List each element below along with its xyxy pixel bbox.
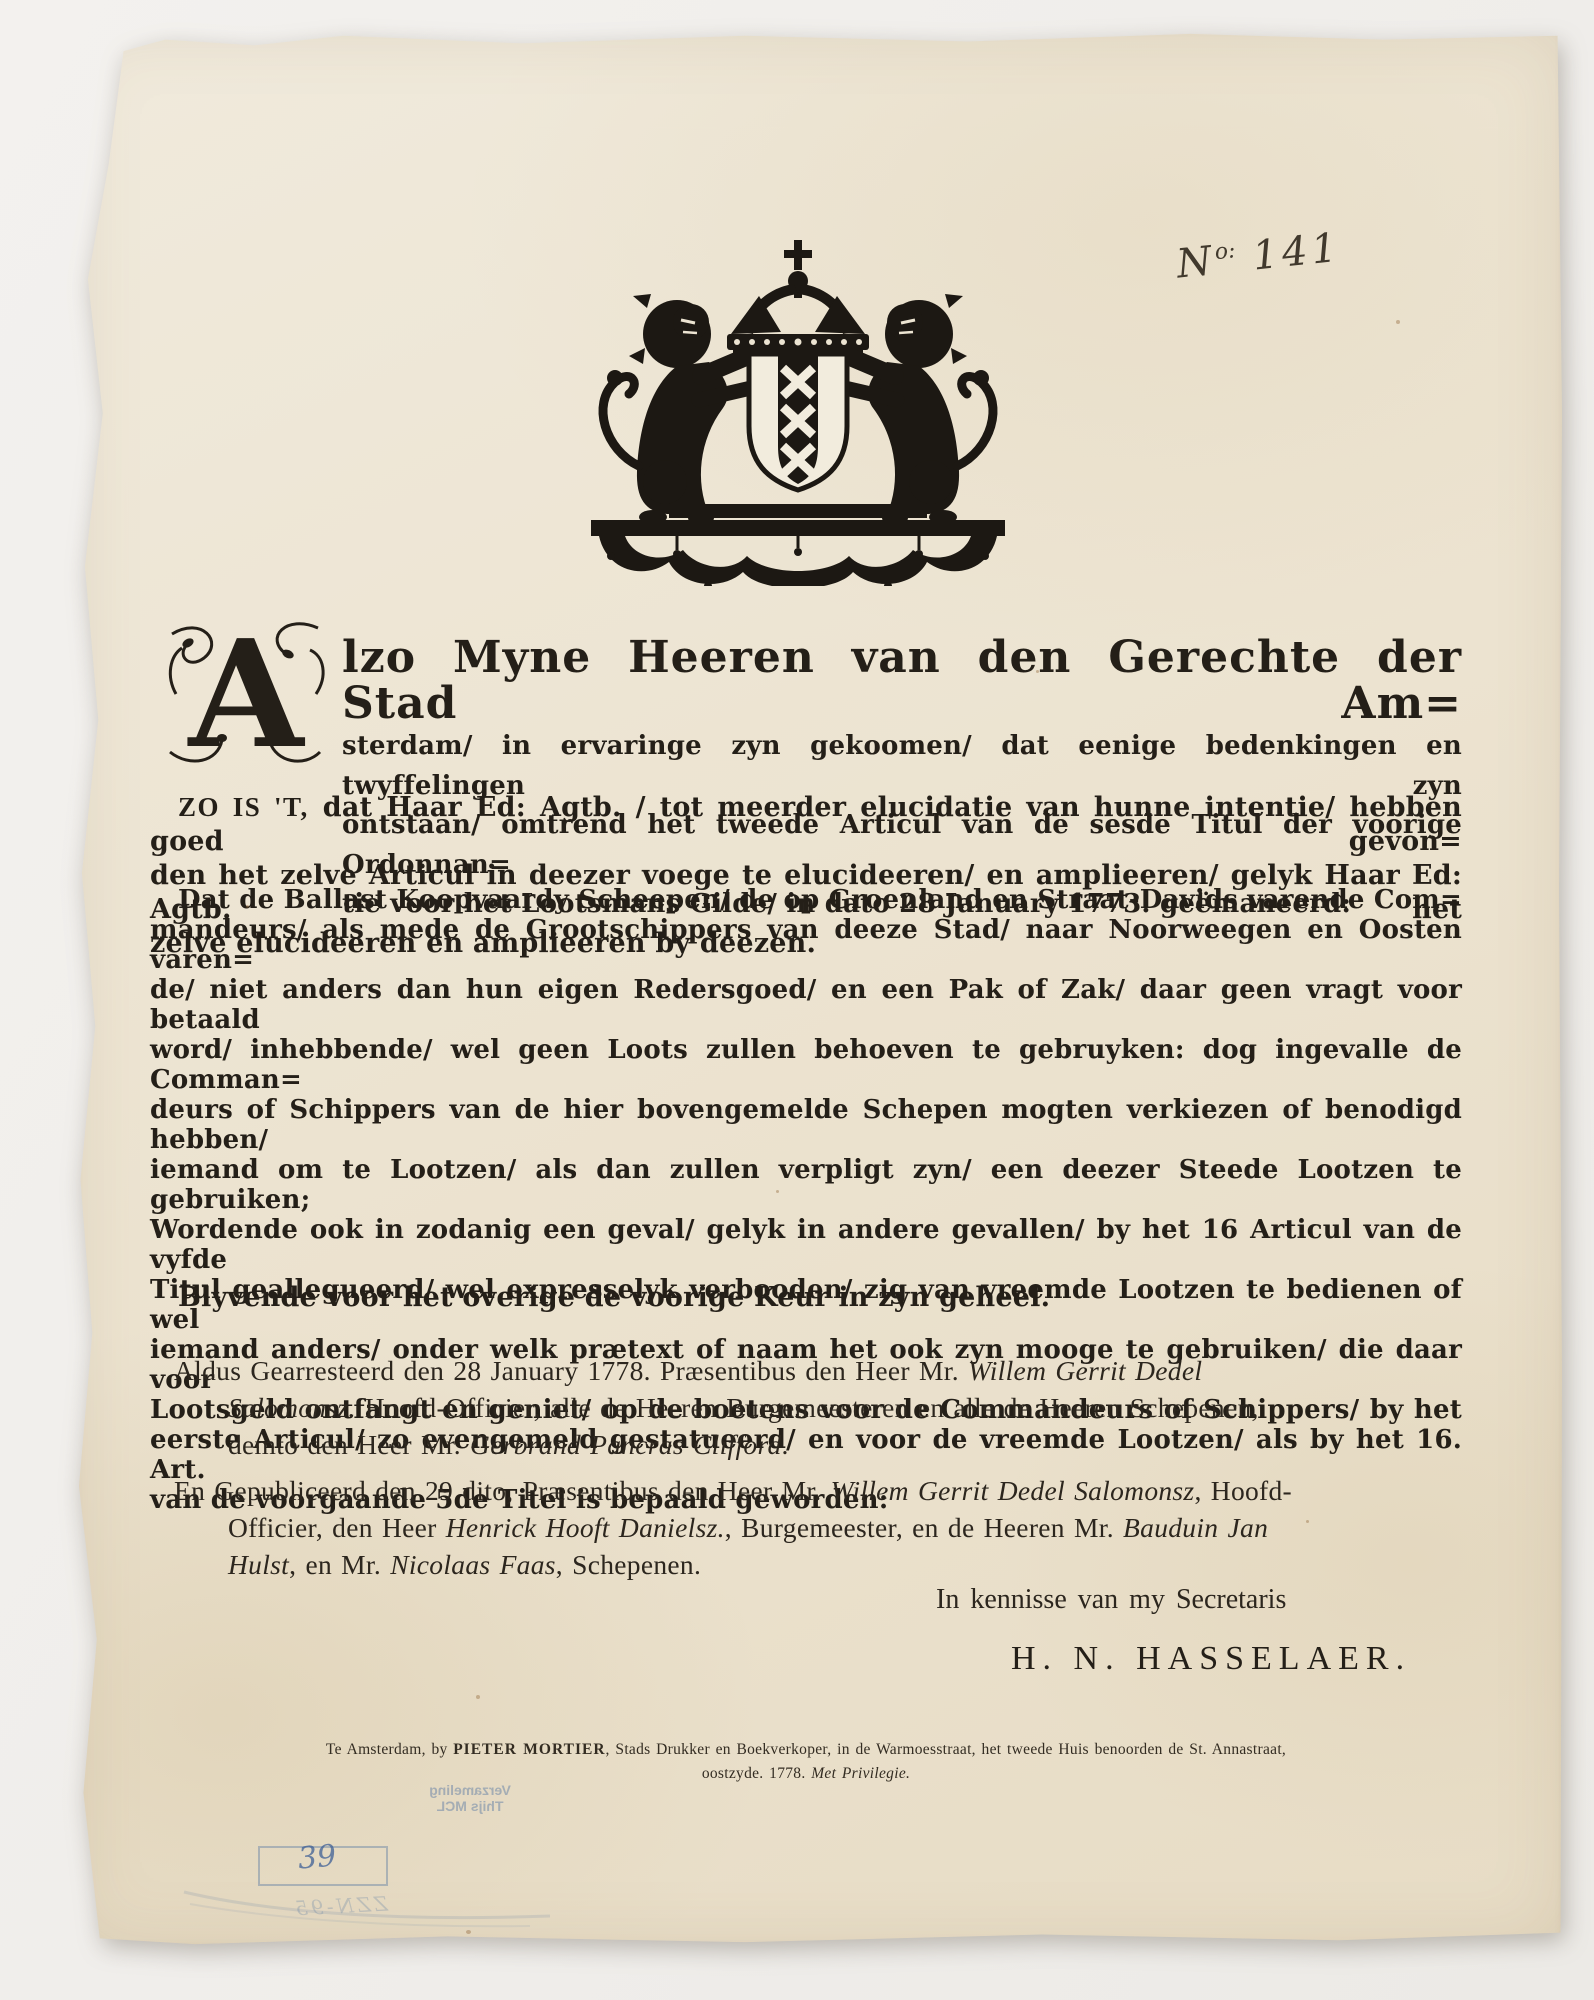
resolution-text: Aldus Gearresteerd den 28 January 1778. … xyxy=(174,1355,968,1386)
closing-line: Blyvende voor het overige de voorige Keu… xyxy=(150,1283,1462,1313)
handwritten-inventory-number: No: 141 xyxy=(1174,210,1477,287)
paragraph-line: ZO IS 'T, dat Haar Ed: Agtb. / tot meerd… xyxy=(150,790,1462,859)
resolution-paragraph: Aldus Gearresteerd den 28 January 1778. … xyxy=(150,1352,1462,1463)
stamp-number: 39 xyxy=(297,1838,338,1876)
stamp-line: Verzameling xyxy=(340,1782,600,1798)
foxing-speck xyxy=(1306,1520,1309,1523)
imprint-line: Te Amsterdam, by PIETER MORTIER, Stads D… xyxy=(150,1738,1462,1762)
paper-shadow-wrap: No: 141 xyxy=(76,30,1562,1946)
inventory-digits: 141 xyxy=(1234,225,1343,282)
publication-text: Officier, den Heer xyxy=(228,1512,446,1543)
name-bauduin-jan: Bauduin Jan xyxy=(1123,1512,1268,1543)
paragraph-line: iemand om te Lootzen/ als dan zullen ver… xyxy=(150,1155,1462,1215)
foxing-speck xyxy=(466,1930,471,1934)
publication-text: , Schepenen. xyxy=(556,1549,701,1580)
imprint-text: Te Amsterdam, by xyxy=(326,1741,453,1758)
paragraph-line: Wordende ook in zodanig een geval/ gelyk… xyxy=(150,1215,1462,1275)
paragraph-line: mandeurs/ als mede de Grootschippers van… xyxy=(150,915,1462,975)
publication-text: En Gepubliceerd den 29 dito, Præsentibus… xyxy=(174,1475,831,1506)
resolution-text: . xyxy=(782,1429,789,1460)
lion-supporter xyxy=(603,294,753,525)
attestation-line: In kennisse van my Secretaris xyxy=(936,1584,1286,1616)
imprint-text: oostzyde. 1778. xyxy=(702,1765,811,1782)
name-gerbrand-pancras-clifford: Gerbrand Pancras Clifford xyxy=(470,1429,781,1460)
svg-text:A: A xyxy=(187,610,306,770)
foxing-speck xyxy=(1396,320,1400,324)
foxing-speck xyxy=(776,1190,779,1193)
ornamental-dropcap: A xyxy=(160,610,332,770)
foxing-speck xyxy=(246,905,249,908)
paragraph-line: de/ niet anders dan hun eigen Redersgoed… xyxy=(150,975,1462,1035)
zo-ist-caps: ZO IS 'T, xyxy=(178,792,309,822)
inventory-letter: N xyxy=(1174,238,1218,288)
privilege-note: Met Privilegie. xyxy=(811,1765,910,1782)
publication-line: Officier, den Heer Henrick Hooft Daniels… xyxy=(228,1509,1462,1546)
resolution-line: Salomonsz. Hoofd-Officier, alle de Heere… xyxy=(228,1389,1462,1426)
publication-line: En Gepubliceerd den 29 dito, Præsentibus… xyxy=(174,1472,1462,1509)
paragraph-line: word/ inhebbende/ wel geen Loots zullen … xyxy=(150,1035,1462,1095)
secretary-signature: H. N. HASSELAER. xyxy=(1011,1640,1411,1678)
name-willem-gerrit-dedel-salomonsz: Willem Gerrit Dedel Salomonsz xyxy=(831,1475,1195,1506)
resolution-text: demto den Heer Mr. xyxy=(228,1429,470,1460)
collection-stamp-bleedthrough: Verzameling Thijs MCL 39 ZZN-95 xyxy=(180,1782,600,1932)
imprint-text: , Stads Drukker en Boekverkoper, in de W… xyxy=(606,1741,1287,1758)
paragraph-line: deurs of Schippers van de hier bovengeme… xyxy=(150,1095,1462,1155)
publication-line: Hulst, en Mr. Nicolaas Faas, Schepenen. xyxy=(228,1546,1462,1583)
name-henrick-hooft-danielsz: Henrick Hooft Danielsz. xyxy=(446,1512,725,1543)
name-hulst: Hulst xyxy=(228,1549,289,1580)
amsterdam-coat-of-arms xyxy=(581,236,1015,586)
name-salomonsz: Salomonsz. xyxy=(228,1392,356,1423)
heading-line: lzo Myne Heeren van den Gerechte der Sta… xyxy=(342,635,1462,727)
scan-background: No: 141 xyxy=(0,0,1594,2000)
publication-text: , Burgemeester, en de Heeren Mr. xyxy=(725,1512,1123,1543)
printer-imprint: Te Amsterdam, by PIETER MORTIER, Stads D… xyxy=(150,1738,1462,1786)
paragraph-text: dat Haar Ed: Agtb. / tot meerder elucida… xyxy=(150,792,1462,857)
document-paper: No: 141 xyxy=(76,30,1562,1946)
resolution-line: Aldus Gearresteerd den 28 January 1778. … xyxy=(174,1352,1462,1389)
stamp-line: Thijs MCL xyxy=(340,1798,600,1814)
name-willem-gerrit-dedel: Willem Gerrit Dedel xyxy=(968,1355,1202,1386)
name-nicolaas-faas: Nicolaas Faas xyxy=(390,1549,556,1580)
foxing-speck xyxy=(1036,670,1039,673)
foxing-speck xyxy=(476,1695,480,1699)
paragraph-line: Dat de Ballast Koopvaardy Scheepen/ de o… xyxy=(150,885,1462,915)
printer-name: PIETER MORTIER xyxy=(453,1741,605,1758)
resolution-line: demto den Heer Mr. Gerbrand Pancras Clif… xyxy=(228,1426,1462,1463)
inventory-superscript: o: xyxy=(1213,238,1236,265)
publication-text: , en Mr. xyxy=(289,1549,390,1580)
publication-paragraph: En Gepubliceerd den 29 dito, Præsentibus… xyxy=(150,1472,1462,1583)
resolution-text: Hoofd-Officier, alle de Heeren Burgemees… xyxy=(356,1392,1259,1423)
publication-text: , Hoofd- xyxy=(1194,1475,1292,1506)
closing-line-block: Blyvende voor het overige de voorige Keu… xyxy=(150,1283,1462,1313)
stamp-mirrored-text: Verzameling Thijs MCL xyxy=(180,1782,600,1814)
crown-cross-icon xyxy=(784,240,812,270)
